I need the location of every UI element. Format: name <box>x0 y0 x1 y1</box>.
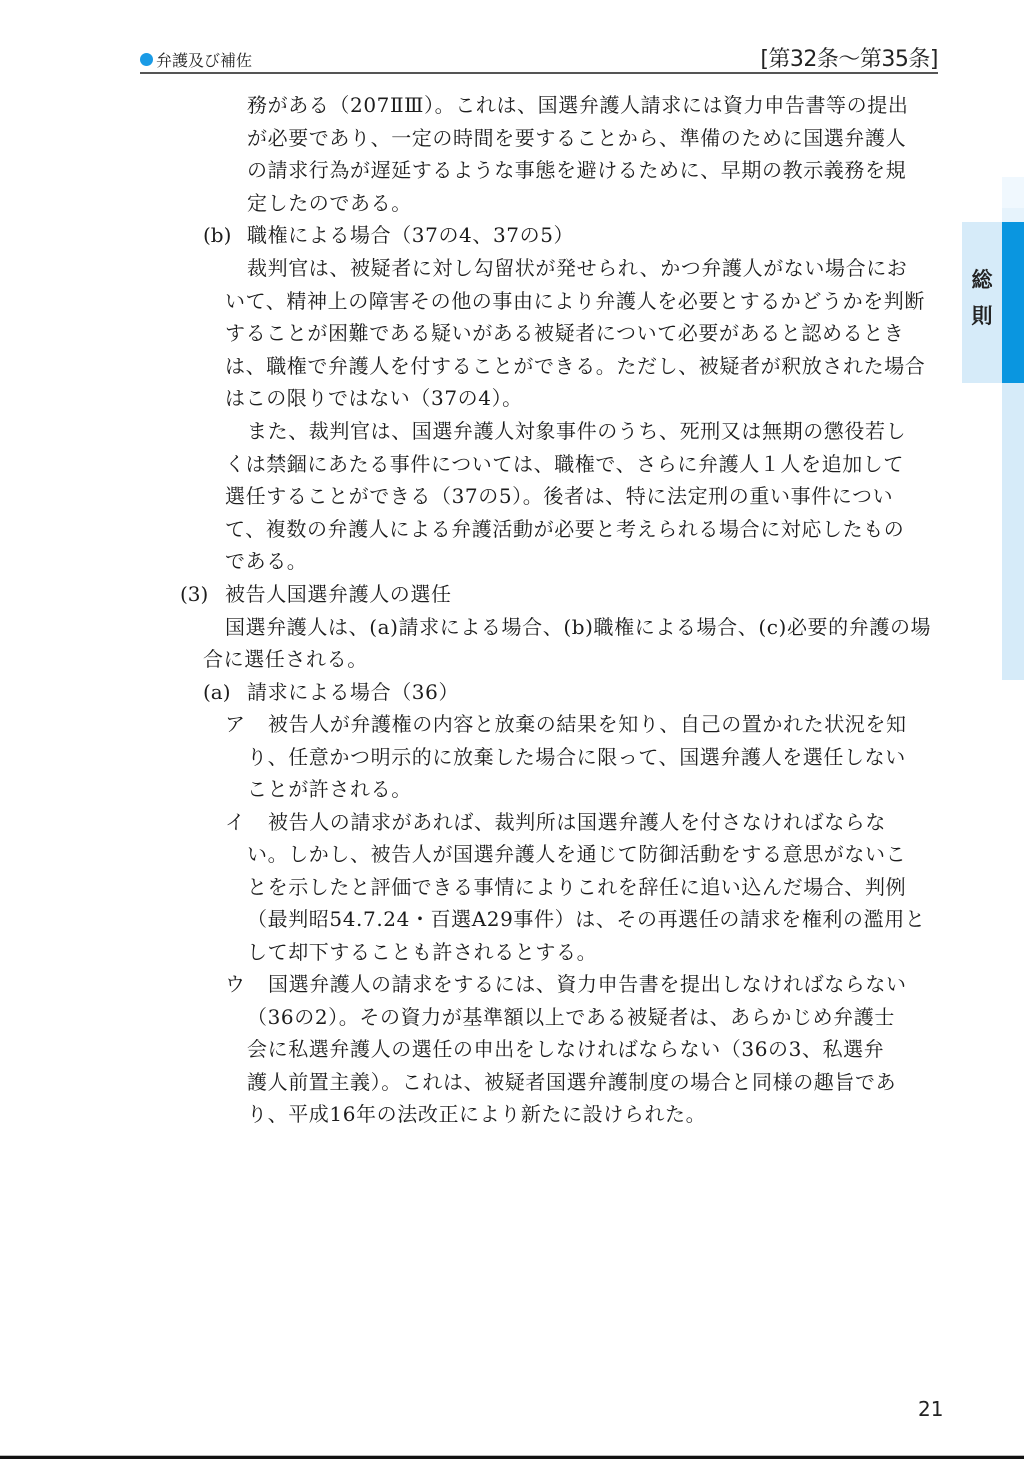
text-line: 定したのである。 <box>247 191 412 215</box>
subsection-heading: 職権による場合（37の4、37の5） <box>247 223 574 247</box>
subsection-marker: (b) <box>203 223 231 247</box>
text-line: （36の2）。その資力が基準額以上である被疑者は、あらかじめ弁護士 <box>247 1005 895 1029</box>
text-line: い。しかし、被告人が国選弁護人を通じて防御活動をする意思がないこ <box>247 842 906 866</box>
section-marker: (3) <box>180 582 208 606</box>
text-line: 合に選任される。 <box>203 647 368 671</box>
section-label: 弁護及び補佐 <box>140 48 252 71</box>
page-number: 21 <box>918 1397 943 1421</box>
running-head: 弁護及び補佐 [第32条〜第35条] <box>140 46 938 74</box>
text-line: り、任意かつ明示的に放棄した場合に限って、国選弁護人を選任しない <box>247 745 906 769</box>
text-line: はこの限りではない（37の4）。 <box>225 386 523 410</box>
text-line: 国選弁護人の請求をするには、資力申告書を提出しなければならない <box>268 972 907 996</box>
subsection-heading: 請求による場合（36） <box>247 680 459 704</box>
text-line: して却下することも許されるとする。 <box>247 940 597 964</box>
text-line: 被告人の請求があれば、裁判所は国選弁護人を付さなければならな <box>268 810 886 834</box>
text-line: 会に私選弁護人の選任の申出をしなければならない（36の3、私選弁 <box>247 1037 884 1061</box>
chapter-index-char: 則 <box>962 298 1002 334</box>
text-line: 裁判官は、被疑者に対し勾留状が発せられ、かつ弁護人がない場合にお <box>247 256 907 280</box>
text-line: いて、精神上の障害その他の事由により弁護人を必要とするかどうかを判断 <box>225 289 925 313</box>
document-page: 弁護及び補佐 [第32条〜第35条] 総 則 務がある（207ⅡⅢ）。これは、国… <box>0 0 1024 1459</box>
text-line: （最判昭54.7.24・百選A29事件）は、その再選任の請求を権利の濫用と <box>247 907 925 931</box>
text-line: は、職権で弁護人を付することができる。ただし、被疑者が釈放された場合 <box>225 354 925 378</box>
text-line: 被告人が弁護権の内容と放棄の結果を知り、自己の置かれた状況を知 <box>268 712 907 736</box>
text-line: ことが許される。 <box>247 777 412 801</box>
text-line: 国選弁護人は、(a)請求による場合、(b)職権による場合、(c)必要的弁護の場 <box>225 615 931 639</box>
text-line: が必要であり、一定の時間を要することから、準備のために国選弁護人 <box>247 126 906 150</box>
text-line: 務がある（207ⅡⅢ）。これは、国選弁護人請求には資力申告書等の提出 <box>247 93 908 117</box>
text-line: とを示したと評価できる事情によりこれを辞任に追い込んだ場合、判例 <box>247 875 906 899</box>
text-line: り、平成16年の法改正により新たに設けられた。 <box>247 1102 706 1126</box>
blue-circle-bullet-icon <box>140 53 153 66</box>
item-marker: ア <box>225 712 245 736</box>
article-range: [第32条〜第35条] <box>760 42 938 73</box>
item-marker: イ <box>225 810 245 834</box>
bottom-rule <box>0 1455 1024 1459</box>
section-heading: 被告人国選弁護人の選任 <box>225 582 452 606</box>
section-title: 弁護及び補佐 <box>156 48 252 71</box>
subsection-marker: (a) <box>203 680 231 704</box>
chapter-index-char: 総 <box>962 262 1002 298</box>
text-line: くは禁錮にあたる事件については、職権で、さらに弁護人１人を追加して <box>225 452 904 476</box>
text-line: 選任することができる（37の5）。後者は、特に法定刑の重い事件につい <box>225 484 893 508</box>
side-strip-band <box>1002 208 1024 222</box>
text-line: また、裁判官は、国選弁護人対象事件のうち、死刑又は無期の懲役若し <box>247 419 906 443</box>
text-line: 護人前置主義）。これは、被疑者国選弁護制度の場合と同様の趣旨であ <box>247 1070 896 1094</box>
chapter-index-tab-bar <box>1002 222 1024 383</box>
text-line: の請求行為が遅延するような事態を避けるために、早期の教示義務を規 <box>247 158 906 182</box>
side-strip-bottom <box>1002 383 1024 680</box>
text-line: することが困難である疑いがある被疑者について必要があると認めるとき <box>225 321 904 345</box>
item-marker: ウ <box>225 972 245 996</box>
text-line: である。 <box>225 549 307 573</box>
text-line: て、複数の弁護人による弁護活動が必要と考えられる場合に対応したもの <box>225 517 904 541</box>
chapter-index-label: 総 則 <box>962 262 1002 334</box>
